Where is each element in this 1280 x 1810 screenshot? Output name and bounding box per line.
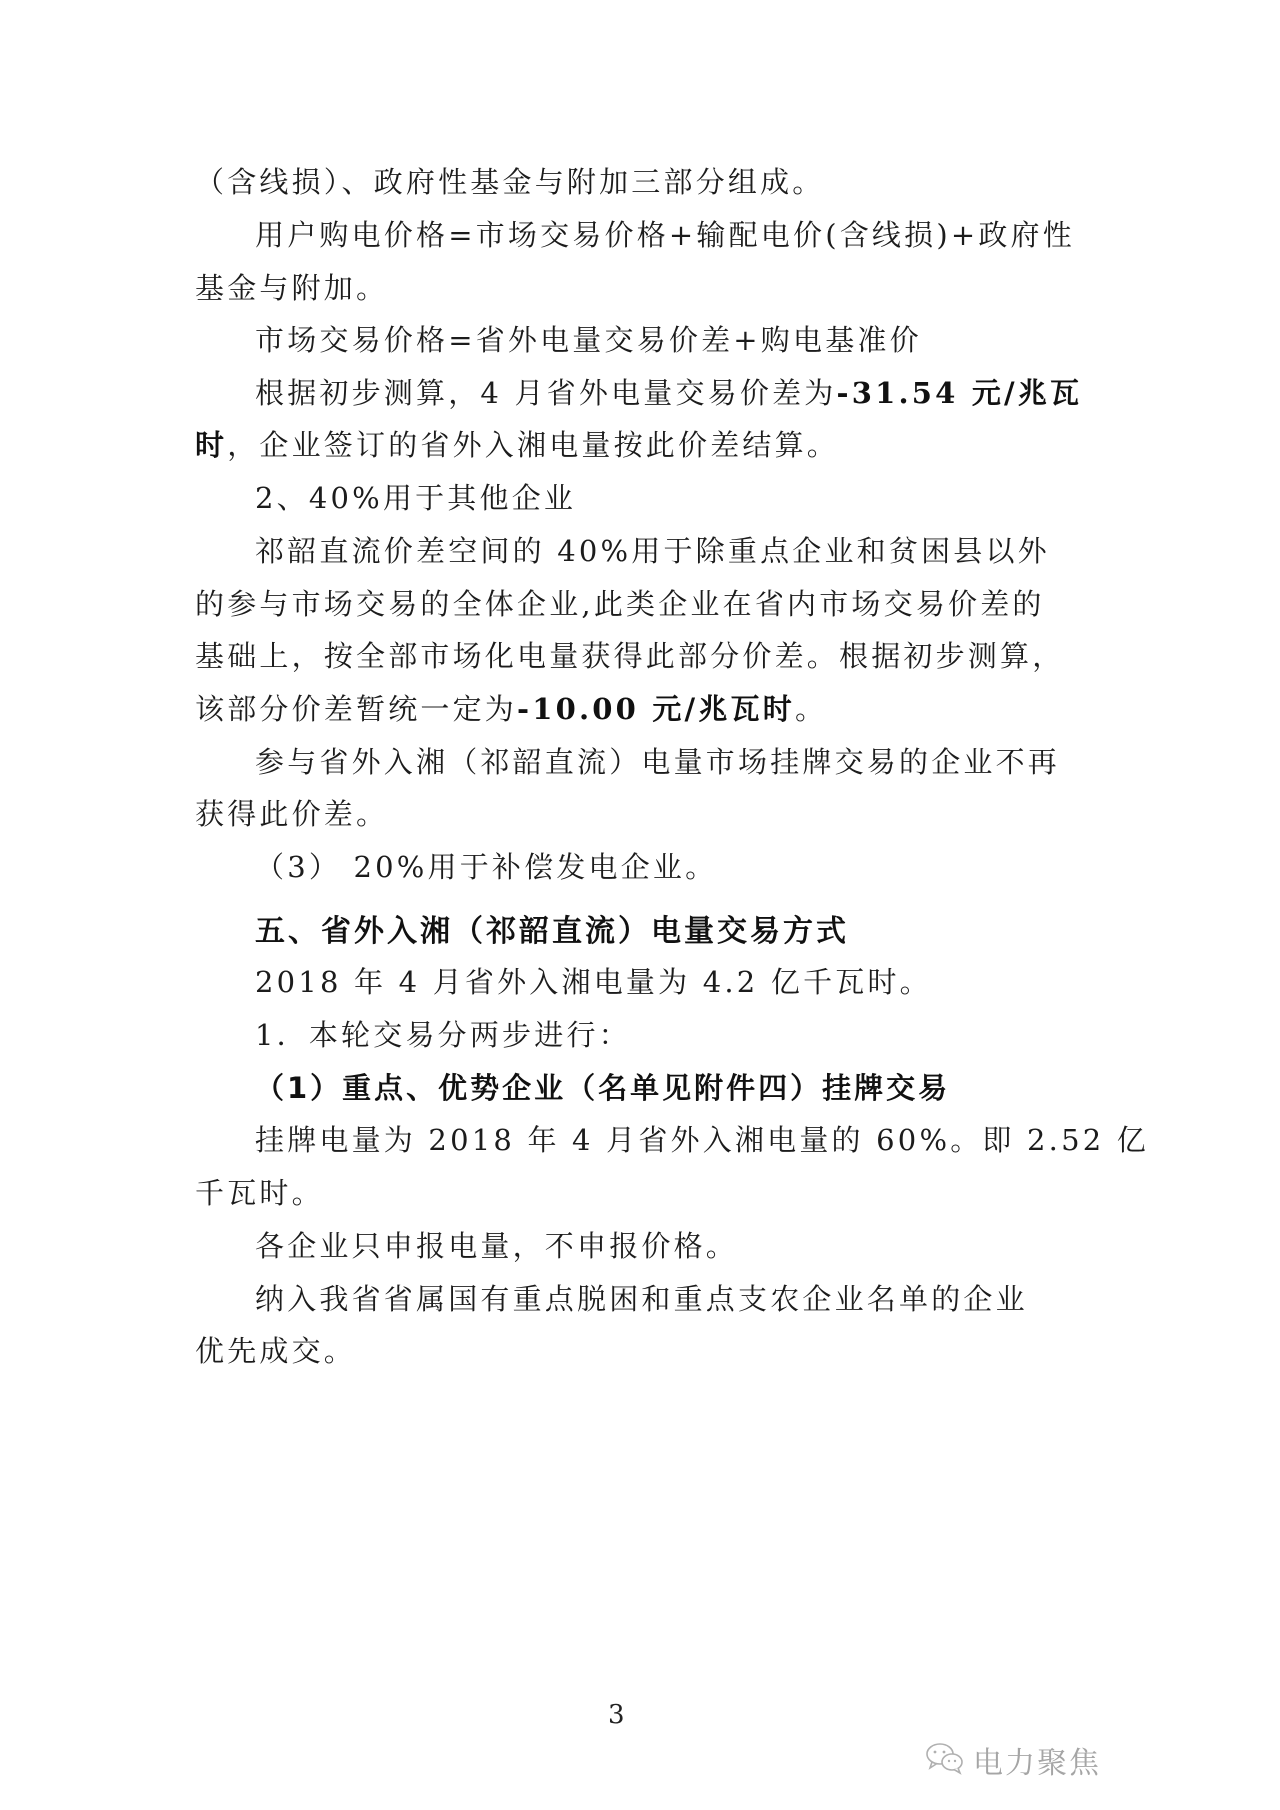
paragraph-line: 该部分价差暂统一定为-10.00 元/兆瓦时。 bbox=[195, 689, 827, 729]
document-page: （含线损）、政府性基金与附加三部分组成。 用户购电价格=市场交易价格+输配电价(… bbox=[0, 0, 1280, 1810]
paragraph-line: 的参与市场交易的全体企业,此类企业在省内市场交易价差的 bbox=[195, 584, 1045, 624]
paragraph-line: （含线损）、政府性基金与附加三部分组成。 bbox=[195, 162, 825, 202]
price-diff-value: -31.54 元/兆瓦 bbox=[836, 376, 1082, 410]
paragraph-line: 千瓦时。 bbox=[195, 1173, 324, 1213]
formula-line: 市场交易价格=省外电量交易价差+购电基准价 bbox=[255, 320, 922, 360]
subsection-heading: （1）重点、优势企业（名单见附件四）挂牌交易 bbox=[255, 1068, 950, 1108]
price-diff-unit: 时 bbox=[195, 428, 227, 462]
text-span: ，企业签订的省外入湘电量按此价差结算。 bbox=[227, 428, 839, 462]
section-item: 1．本轮交易分两步进行： bbox=[255, 1015, 631, 1055]
paragraph-line: 参与省外入湘（祁韶直流）电量市场挂牌交易的企业不再 bbox=[255, 742, 1060, 782]
text-span: 该部分价差暂统一定为 bbox=[195, 692, 517, 726]
price-diff-value: -10.00 元/兆瓦时 bbox=[517, 692, 795, 726]
paragraph-line: 基础上，按全部市场化电量获得此部分价差。根据初步测算， bbox=[195, 636, 1064, 676]
paragraph-line: 根据初步测算，4 月省外电量交易价差为-31.54 元/兆瓦 bbox=[255, 373, 1082, 413]
paragraph-line: 纳入我省省属国有重点脱困和重点支农企业名单的企业 bbox=[255, 1279, 1028, 1319]
paragraph-line: 基金与附加。 bbox=[195, 268, 388, 308]
section-item: （3） 20%用于补偿发电企业。 bbox=[255, 847, 717, 887]
paragraph-line: 用户购电价格=市场交易价格+输配电价(含线损)+政府性 bbox=[255, 215, 1075, 255]
paragraph-line: 优先成交。 bbox=[195, 1331, 356, 1371]
paragraph-line: 时，企业签订的省外入湘电量按此价差结算。 bbox=[195, 425, 839, 465]
section-item: 2、40%用于其他企业 bbox=[255, 478, 576, 518]
paragraph-line: 各企业只申报电量，不申报价格。 bbox=[255, 1226, 738, 1266]
text-span: 。 bbox=[795, 692, 827, 726]
section-heading: 五、省外入湘（祁韶直流）电量交易方式 bbox=[255, 912, 849, 952]
text-span: 根据初步测算，4 月省外电量交易价差为 bbox=[255, 376, 836, 410]
watermark: 电力聚焦 bbox=[925, 1738, 1101, 1782]
paragraph-line: 2018 年 4 月省外入湘电量为 4.2 亿千瓦时。 bbox=[255, 962, 932, 1002]
watermark-text: 电力聚焦 bbox=[973, 1738, 1101, 1782]
wechat-icon bbox=[925, 1741, 965, 1779]
paragraph-line: 获得此价差。 bbox=[195, 794, 388, 834]
paragraph-line: 挂牌电量为 2018 年 4 月省外入湘电量的 60%。即 2.52 亿 bbox=[255, 1120, 1149, 1160]
page-number: 3 bbox=[608, 1700, 625, 1730]
paragraph-line: 祁韶直流价差空间的 40%用于除重点企业和贫困县以外 bbox=[255, 531, 1050, 571]
